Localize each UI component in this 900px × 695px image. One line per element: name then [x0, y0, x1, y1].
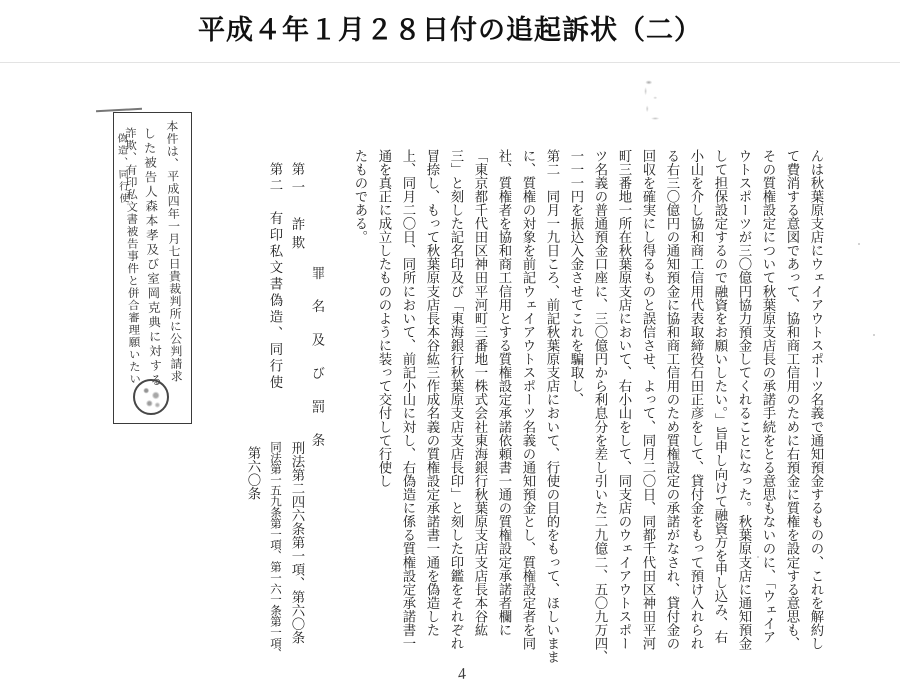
text-segment: に、質権の対象を前記ウェイアウトスポーツ名義の通知預金とし、質権設定者を同: [516, 149, 540, 650]
text-segment: 同法第一五九条第一項、第一六一条第一項、: [263, 441, 287, 659]
text-segment: 小山を介し協和商工信用代表取締役石田正彦をして、貸付金をもって預け入れられ: [684, 149, 708, 650]
text-segment: して担保設定するので融資をお願いしたい。」旨申し向けて融資方を申し込み、右: [708, 149, 732, 644]
text-column: 社、質権者を協和商工信用とする質権設定承諾依頼書一通の質権設定承諾者欄に: [492, 149, 516, 668]
approval-seal-icon: [133, 379, 169, 415]
scan-speck: [858, 243, 860, 245]
text-segment: 上、同月二〇日、同所において、前記小山に対し、右偽造に係る質権設定承諾書一: [396, 149, 420, 650]
text-segment: 第六〇条: [241, 446, 265, 500]
text-column: ツ名義の普通預金口座に、三〇億円から利息分を差し引いた二九億二、五〇九万四、: [588, 149, 612, 668]
text-column: に、質権の対象を前記ウェイアウトスポーツ名義の通知預金とし、質権設定者を同: [516, 149, 540, 668]
margin-note-line: 偽造、同行使: [110, 133, 131, 206]
text-column: その質権設定について秋葉原支店長の承諾手続をとる意思もないのに、「ウェイア: [756, 149, 780, 668]
scan-artifact-line: [0, 62, 900, 63]
document-page: 平成４年１月２８日付の追起訴状（二） んは秋葉原支店にウェイアウトスポーツ名義で…: [0, 0, 900, 695]
text-column: 第一 詐欺刑法第二四六条第一項、第六〇条: [285, 149, 309, 668]
text-column: 上、同月二〇日、同所において、前記小山に対し、右偽造に係る質権設定承諾書一: [396, 149, 420, 668]
document-title: 平成４年１月２８日付の追起訴状（二）: [0, 8, 900, 47]
text-segment: ウトスポーツが三〇億円協力預金してくれることになった。秋葉原支店に通知預金: [732, 149, 756, 650]
scan-speck: [757, 556, 759, 558]
text-segment: その質権設定について秋葉原支店長の承諾手続をとる意思もないのに、「ウェイア: [756, 149, 780, 644]
text-column: 一一一円を振込入金させてこれを騙取し、: [564, 149, 588, 668]
text-segment: 一一一円を振込入金させてこれを騙取し、: [564, 149, 588, 406]
text-segment: て費消する意図であって、協和商工信用のために右預金に質権を設定する意思も、: [780, 149, 804, 650]
scan-speck: [873, 334, 875, 336]
text-column: して担保設定するので融資をお願いしたい。」旨申し向けて融資方を申し込み、右: [708, 149, 732, 668]
scan-smudge: [636, 78, 668, 122]
text-column: 町三番地一所在秋葉原支店において、右小山をして、同支店のウェイアウトスポー: [612, 149, 636, 668]
text-column: 冒捺し、もって秋葉原支店長本谷紘三作成名義の質権設定承諾書一通を偽造した: [420, 149, 444, 668]
text-column: 小山を介し協和商工信用代表取締役石田正彦をして、貸付金をもって預け入れられ: [684, 149, 708, 668]
text-segment: 社、質権者を協和商工信用とする質権設定承諾依頼書一通の質権設定承諾者欄に: [492, 149, 516, 637]
text-segment: 回収を確実にし得るものと誤信させ、よって、同月二〇日、同都千代田区神田平河: [636, 149, 660, 650]
text-segment: 刑法第二四六条第一項、第六〇条: [285, 441, 309, 644]
page-number: 4: [456, 665, 467, 684]
text-segment: 「東京都千代田区神田平河町三番地一株式会社東海銀行秋葉原支店支店長本谷紘: [468, 149, 492, 637]
text-column: 第二 有印私文書偽造、同行使同法第一五九条第一項、第一六一条第一項、: [263, 149, 287, 695]
text-column: 第二 同月一九日ころ、前記秋葉原支店において、行使の目的をもって、ほしいまま: [540, 149, 564, 668]
text-segment: る右三〇億円の通知預金に協和商工信用のため質権設定の承諾がなされ、貸付金の: [660, 149, 684, 650]
text-column: 「東京都千代田区神田平河町三番地一株式会社東海銀行秋葉原支店支店長本谷紘: [468, 149, 492, 668]
text-column: 三」と刻した記名印及び「東海銀行秋葉原支店支店長印」と刻した印鑑をそれぞれ: [444, 149, 468, 668]
text-column: て費消する意図であって、協和商工信用のために右預金に質権を設定する意思も、: [780, 149, 804, 668]
text-segment: 第一 詐欺: [285, 162, 309, 254]
text-segment: たものである。: [348, 149, 372, 244]
text-segment: 冒捺し、もって秋葉原支店長本谷紘三作成名義の質権設定承諾書一通を偽造した: [420, 149, 444, 637]
text-column: 回収を確実にし得るものと誤信させ、よって、同月二〇日、同都千代田区神田平河: [636, 149, 660, 668]
text-column: 通を真正に成立したもののように装って交付して行使し: [372, 149, 396, 668]
text-segment: 第二 同月一九日ころ、前記秋葉原支店において、行使の目的をもって、ほしいまま: [540, 149, 564, 664]
text-column: ウトスポーツが三〇億円協力預金してくれることになった。秋葉原支店に通知預金: [732, 149, 756, 668]
text-column: たものである。: [348, 149, 372, 668]
text-segment: 三」と刻した記名印及び「東海銀行秋葉原支店支店長印」と刻した印鑑をそれぞれ: [444, 149, 468, 650]
text-segment: んは秋葉原支店にウェイアウトスポーツ名義で通知預金するものの、これを解約し: [804, 149, 828, 650]
text-column: んは秋葉原支店にウェイアウトスポーツ名義で通知預金するものの、これを解約し: [804, 149, 828, 668]
text-segment: ツ名義の普通預金口座に、三〇億円から利息分を差し引いた二九億二、五〇九万四、: [588, 149, 612, 664]
text-column: 第六〇条: [241, 149, 265, 668]
text-column: る右三〇億円の通知預金に協和商工信用のため質権設定の承諾がなされ、貸付金の: [660, 149, 684, 668]
text-segment: 通を真正に成立したもののように装って交付して行使し: [372, 149, 396, 488]
text-segment: 町三番地一所在秋葉原支店において、右小山をして、同支店のウェイアウトスポー: [612, 149, 636, 650]
text-segment: 第二 有印私文書偽造、同行使: [263, 162, 287, 392]
